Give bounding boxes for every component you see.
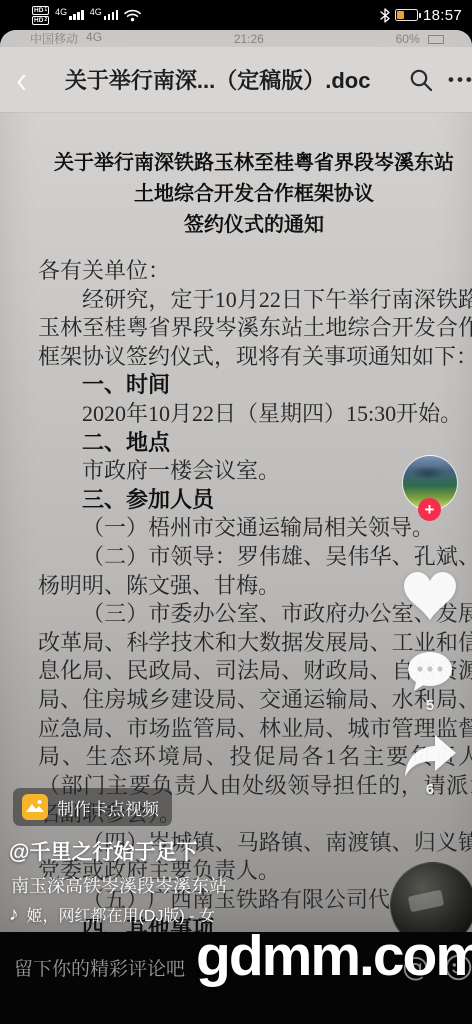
video-author-username[interactable]: @千里之行始于足下: [9, 836, 197, 866]
signal-strength-icon-sim1: 4G: [55, 10, 84, 20]
document-title: 关于举行南深铁路玉林至桂粤省界段岑溪东站 土地综合开发合作框架协议 签约仪式的通…: [38, 112, 470, 241]
recorded-status-bar: 中国移动 4G 21:26 60%: [0, 30, 472, 47]
music-title: 姬，网红都在用(DJ版) - 女: [27, 903, 215, 926]
follow-button[interactable]: +: [418, 498, 441, 521]
doc-paragraph: 经研究，定于10月22日下午举行南深铁路玉林至桂粤省界段岑溪东站土地综合开发合作…: [38, 286, 472, 372]
recorded-battery-icon: [428, 35, 444, 44]
volte-hd2-label: HD: [34, 17, 43, 24]
volte-hd-icons: HD1 HD2: [32, 6, 49, 25]
music-bar[interactable]: ♪ 姬，网红都在用(DJ版) - 女: [9, 903, 215, 926]
sim1-number: 1: [44, 7, 47, 14]
recorded-carrier: 中国移动: [30, 30, 78, 47]
share-arrow-icon[interactable]: [402, 732, 458, 780]
doc-viewer-titlebar: ‹ ‹ 关于举行南深...（定稿版）.doc •••: [0, 47, 472, 112]
site-watermark: gdmm.com: [196, 928, 472, 985]
doc-paragraph: 2020年10月22日（星期四）15:30开始。: [38, 400, 472, 429]
recorded-time: 21:26: [234, 32, 264, 46]
network-type-label-2: 4G: [90, 8, 102, 17]
battery-icon: [395, 9, 418, 21]
recorded-network: 4G: [86, 30, 102, 47]
bluetooth-icon: [380, 8, 390, 23]
back-icon[interactable]: ‹: [16, 60, 27, 99]
recorded-battery-percent: 60%: [396, 32, 420, 46]
doc-paragraph: （一）梧州市交通运输局相关领导。: [38, 514, 472, 543]
sim2-number: 2: [44, 17, 47, 24]
document-title-line: 土地综合开发合作框架协议: [38, 179, 470, 210]
search-icon[interactable]: [408, 67, 434, 93]
music-note-icon: ♪: [9, 904, 19, 926]
volte-hd1-label: HD: [34, 7, 43, 14]
signal-strength-icon-sim2: 4G: [90, 10, 119, 20]
comment-count: 5: [402, 697, 458, 714]
clock-time: 18:57: [423, 7, 462, 24]
status-bar: HD1 HD2 4G 4G 18:57: [0, 0, 472, 30]
phone-screen: HD1 HD2 4G 4G 18:57: [0, 0, 472, 1024]
document-title-line: 签约仪式的通知: [38, 210, 470, 241]
wifi-icon: [124, 9, 141, 22]
doc-paragraph: 二、地点: [38, 429, 472, 458]
share-count: 6: [402, 781, 458, 798]
doc-paragraph: 各有关单位：: [38, 257, 472, 286]
make-photo-video-label: 制作卡点视频: [57, 795, 159, 820]
like-heart-icon[interactable]: [404, 572, 456, 620]
document-title-line: 关于举行南深铁路玉林至桂粤省界段岑溪东站: [38, 148, 470, 179]
make-photo-video-button[interactable]: 制作卡点视频: [13, 788, 172, 826]
doc-filename: 关于举行南深...（定稿版）.doc: [27, 64, 408, 95]
photo-video-icon: [22, 794, 48, 820]
comment-bubble-icon[interactable]: [406, 650, 454, 694]
video-caption: 南玉深高铁岑溪段岑溪东站: [11, 872, 227, 898]
edge-back-icon: ‹: [0, 61, 1, 95]
more-options-icon[interactable]: •••: [448, 70, 472, 90]
doc-paragraph: 一、时间: [38, 371, 472, 400]
network-type-label-1: 4G: [55, 8, 67, 17]
